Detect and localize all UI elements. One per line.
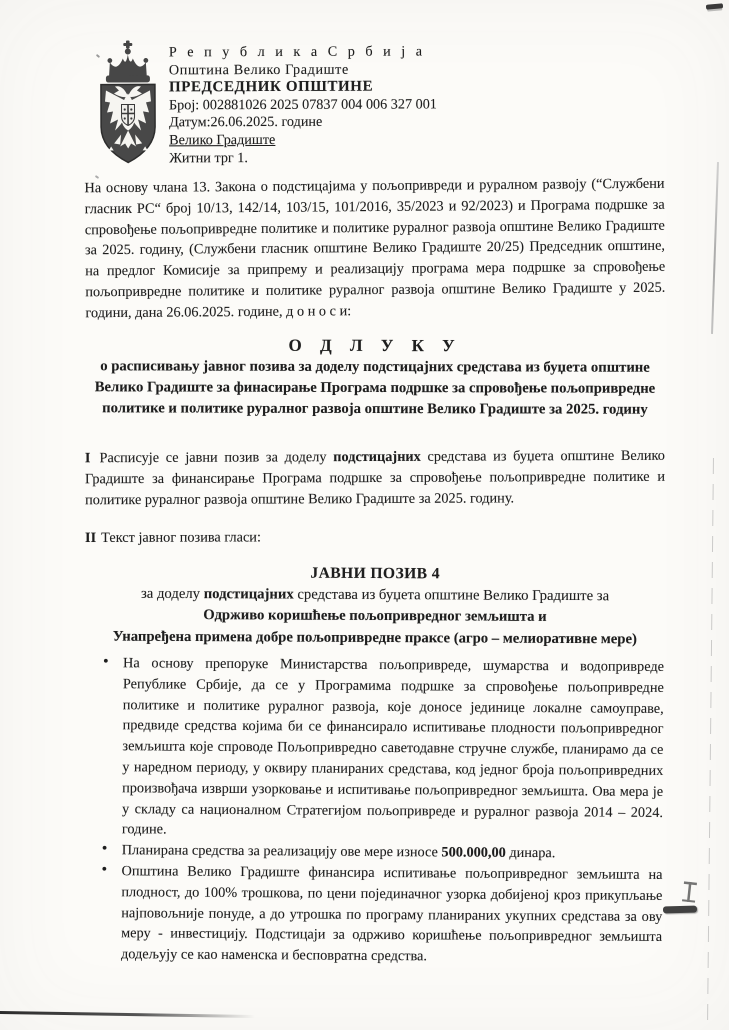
letterhead: Р е п у б л и к а С р б и ј а Општина Ве… [97,37,437,168]
public-call-subtitle-bold: подстицајних [204,586,294,602]
bullet-1-text: На основу препоруке Министарства пољопри… [122,655,664,838]
public-call-title: ЈАВНИ ПОЗИВ 4 [85,561,665,586]
scan-line-bottom-left [0,1011,255,1018]
scan-scratch-right-upper [711,162,719,334]
public-call-subtitle: за доделу подстицајних средстава из буџе… [85,583,665,608]
bullet-list: На основу препоруке Министарства пољопри… [98,653,664,969]
decision-title: О Д Л У К У [85,335,665,357]
item-2-text: Текст јавног позива гласи: [101,529,261,546]
intro-paragraph: На основу члана 13. Закона о подстицајим… [84,174,665,324]
scan-smudge-top-right [706,3,723,9]
bullet-item: На основу препоруке Министарства пољопри… [99,653,664,844]
decision-subtitle: о расписивању јавног позива за доделу по… [85,356,665,421]
bullet-3-text: Општина Велико Градиште финансира испити… [121,863,663,964]
document-page: Р е п у б л и к а С р б и ј а Општина Ве… [0,0,729,1030]
item-2-paragraph: IIТекст јавног позива гласи: [85,526,665,549]
letterhead-number: Број: 002881026 2025 07837 004 006 327 0… [169,96,437,115]
item-1-numeral: I [85,450,91,466]
public-call-measure-1: Одрживо коришћење пољопривредног земљишт… [85,604,665,629]
bullet-2-text-after: динара. [506,845,556,861]
public-call-subtitle-after: средстава из буџета општине Велико Гради… [294,586,610,604]
letterhead-republic: Р е п у б л и к а С р б и ј а [169,43,437,62]
item-1-paragraph: IРасписује се јавни позив за доделу подс… [85,446,665,511]
bullet-item: Општина Велико Градиште финансира испити… [98,861,663,969]
letterhead-office-title: ПРЕДСЕДНИК ОПШТИНЕ [169,79,437,98]
serbia-coat-of-arms-icon [97,38,159,168]
letterhead-date: Датум:26.06.2025. године [169,114,437,133]
item-2-numeral: II [85,530,96,546]
letterhead-municipality: Општина Велико Градиште [169,61,437,80]
bullet-2-amount: 500.000,00 [441,845,505,861]
letterhead-place: Велико Градиште [169,131,437,150]
scan-scratch-right-lower [707,458,714,1024]
public-call-heading: ЈАВНИ ПОЗИВ 4 за доделу подстицајних сре… [85,561,665,650]
public-call-measure-2: Унапређена примена добре пољопривредне п… [85,626,665,651]
decision-heading: О Д Л У К У о расписивању јавног позива … [85,335,665,421]
item-1-text: Расписује се јавни позив за доделу [99,449,333,466]
staple-mark [682,881,697,902]
bullet-2-text: Планирана средства за реализацију ове ме… [122,842,442,860]
item-1-bold-word: подстицајних [333,449,421,465]
letterhead-address: Житни трг 1. [169,149,437,168]
public-call-subtitle-text: за доделу [141,585,204,601]
scan-smudge-right [663,906,697,914]
